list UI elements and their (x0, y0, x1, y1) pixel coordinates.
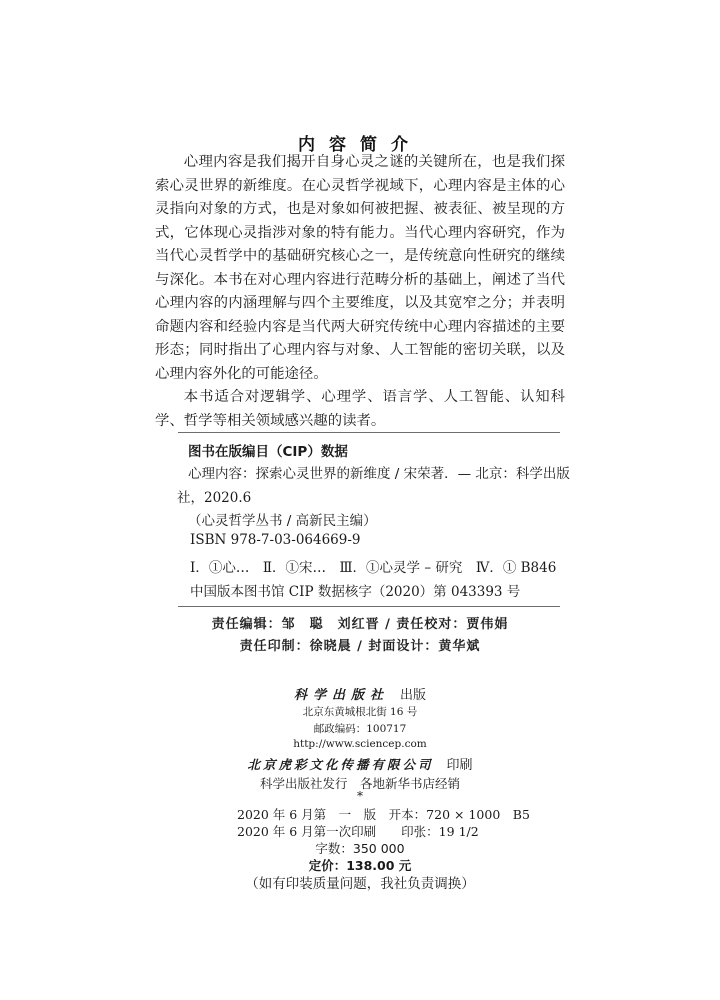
cip-isbn: ISBN 978-7-03-064669-9 (190, 532, 361, 548)
printer-line: 北京虎彩文化传播有限公司 印刷 (0, 754, 720, 773)
spec-printing: 2020 年 6 月第一次印刷 印张：19 1/2 (237, 822, 479, 840)
publisher-name: 科学出版社 (294, 688, 389, 703)
publisher-line: 科学出版社 出版 (0, 684, 720, 703)
top-divider (178, 432, 560, 433)
staff-production: 责任印制：徐晓晨 / 封面设计：黄华斌 (0, 635, 720, 654)
cip-series: （心灵哲学丛书 / 高新民主编） (188, 509, 377, 529)
spec-edition: 2020 年 6 月第 一 版 开本：720 × 1000 B5 (237, 805, 530, 823)
intro-body: 心理内容是我们揭开自身心灵之谜的关键所在，也是我们探索心灵世界的新维度。在心灵哲… (155, 151, 565, 433)
cip-classification: Ⅰ．①心… Ⅱ．①宋… Ⅲ．①心灵学 – 研究 Ⅳ．① B846 (190, 556, 556, 576)
printer-name: 北京虎彩文化传播有限公司 (247, 757, 433, 772)
cip-title-line: 心理内容：探索心灵世界的新维度 / 宋荣著．— 北京：科学出版 (188, 462, 570, 482)
intro-paragraph: 心理内容是我们揭开自身心灵之谜的关键所在，也是我们探索心灵世界的新维度。在心灵哲… (155, 151, 565, 386)
cip-record: 中国版本图书馆 CIP 数据核字（2020）第 043393 号 (190, 580, 520, 600)
separator-asterisk: * (0, 789, 720, 803)
staff-editors: 责任编辑：邹 聪 刘红晋 / 责任校对：贾伟娟 (0, 613, 720, 632)
publisher-url: http://www.sciencep.com (0, 738, 720, 750)
cip-heading: 图书在版编目（CIP）数据 (188, 440, 348, 460)
bottom-divider (178, 606, 560, 607)
cip-title-line-cont: 社，2020.6 (177, 486, 251, 506)
intro-paragraph: 本书适合对逻辑学、心理学、语言学、人工智能、认知科学、哲学等相关领域感兴趣的读者… (155, 386, 565, 433)
publisher-postcode: 邮政编码：100717 (0, 721, 720, 736)
spec-word-count: 字数：350 000 (0, 839, 720, 857)
publisher-address: 北京东黄城根北街 16 号 (0, 704, 720, 719)
spec-notice: （如有印装质量问题，我社负责调换） (0, 872, 720, 892)
printer-suffix: 印刷 (447, 758, 473, 773)
publisher-suffix: 出版 (400, 688, 426, 703)
